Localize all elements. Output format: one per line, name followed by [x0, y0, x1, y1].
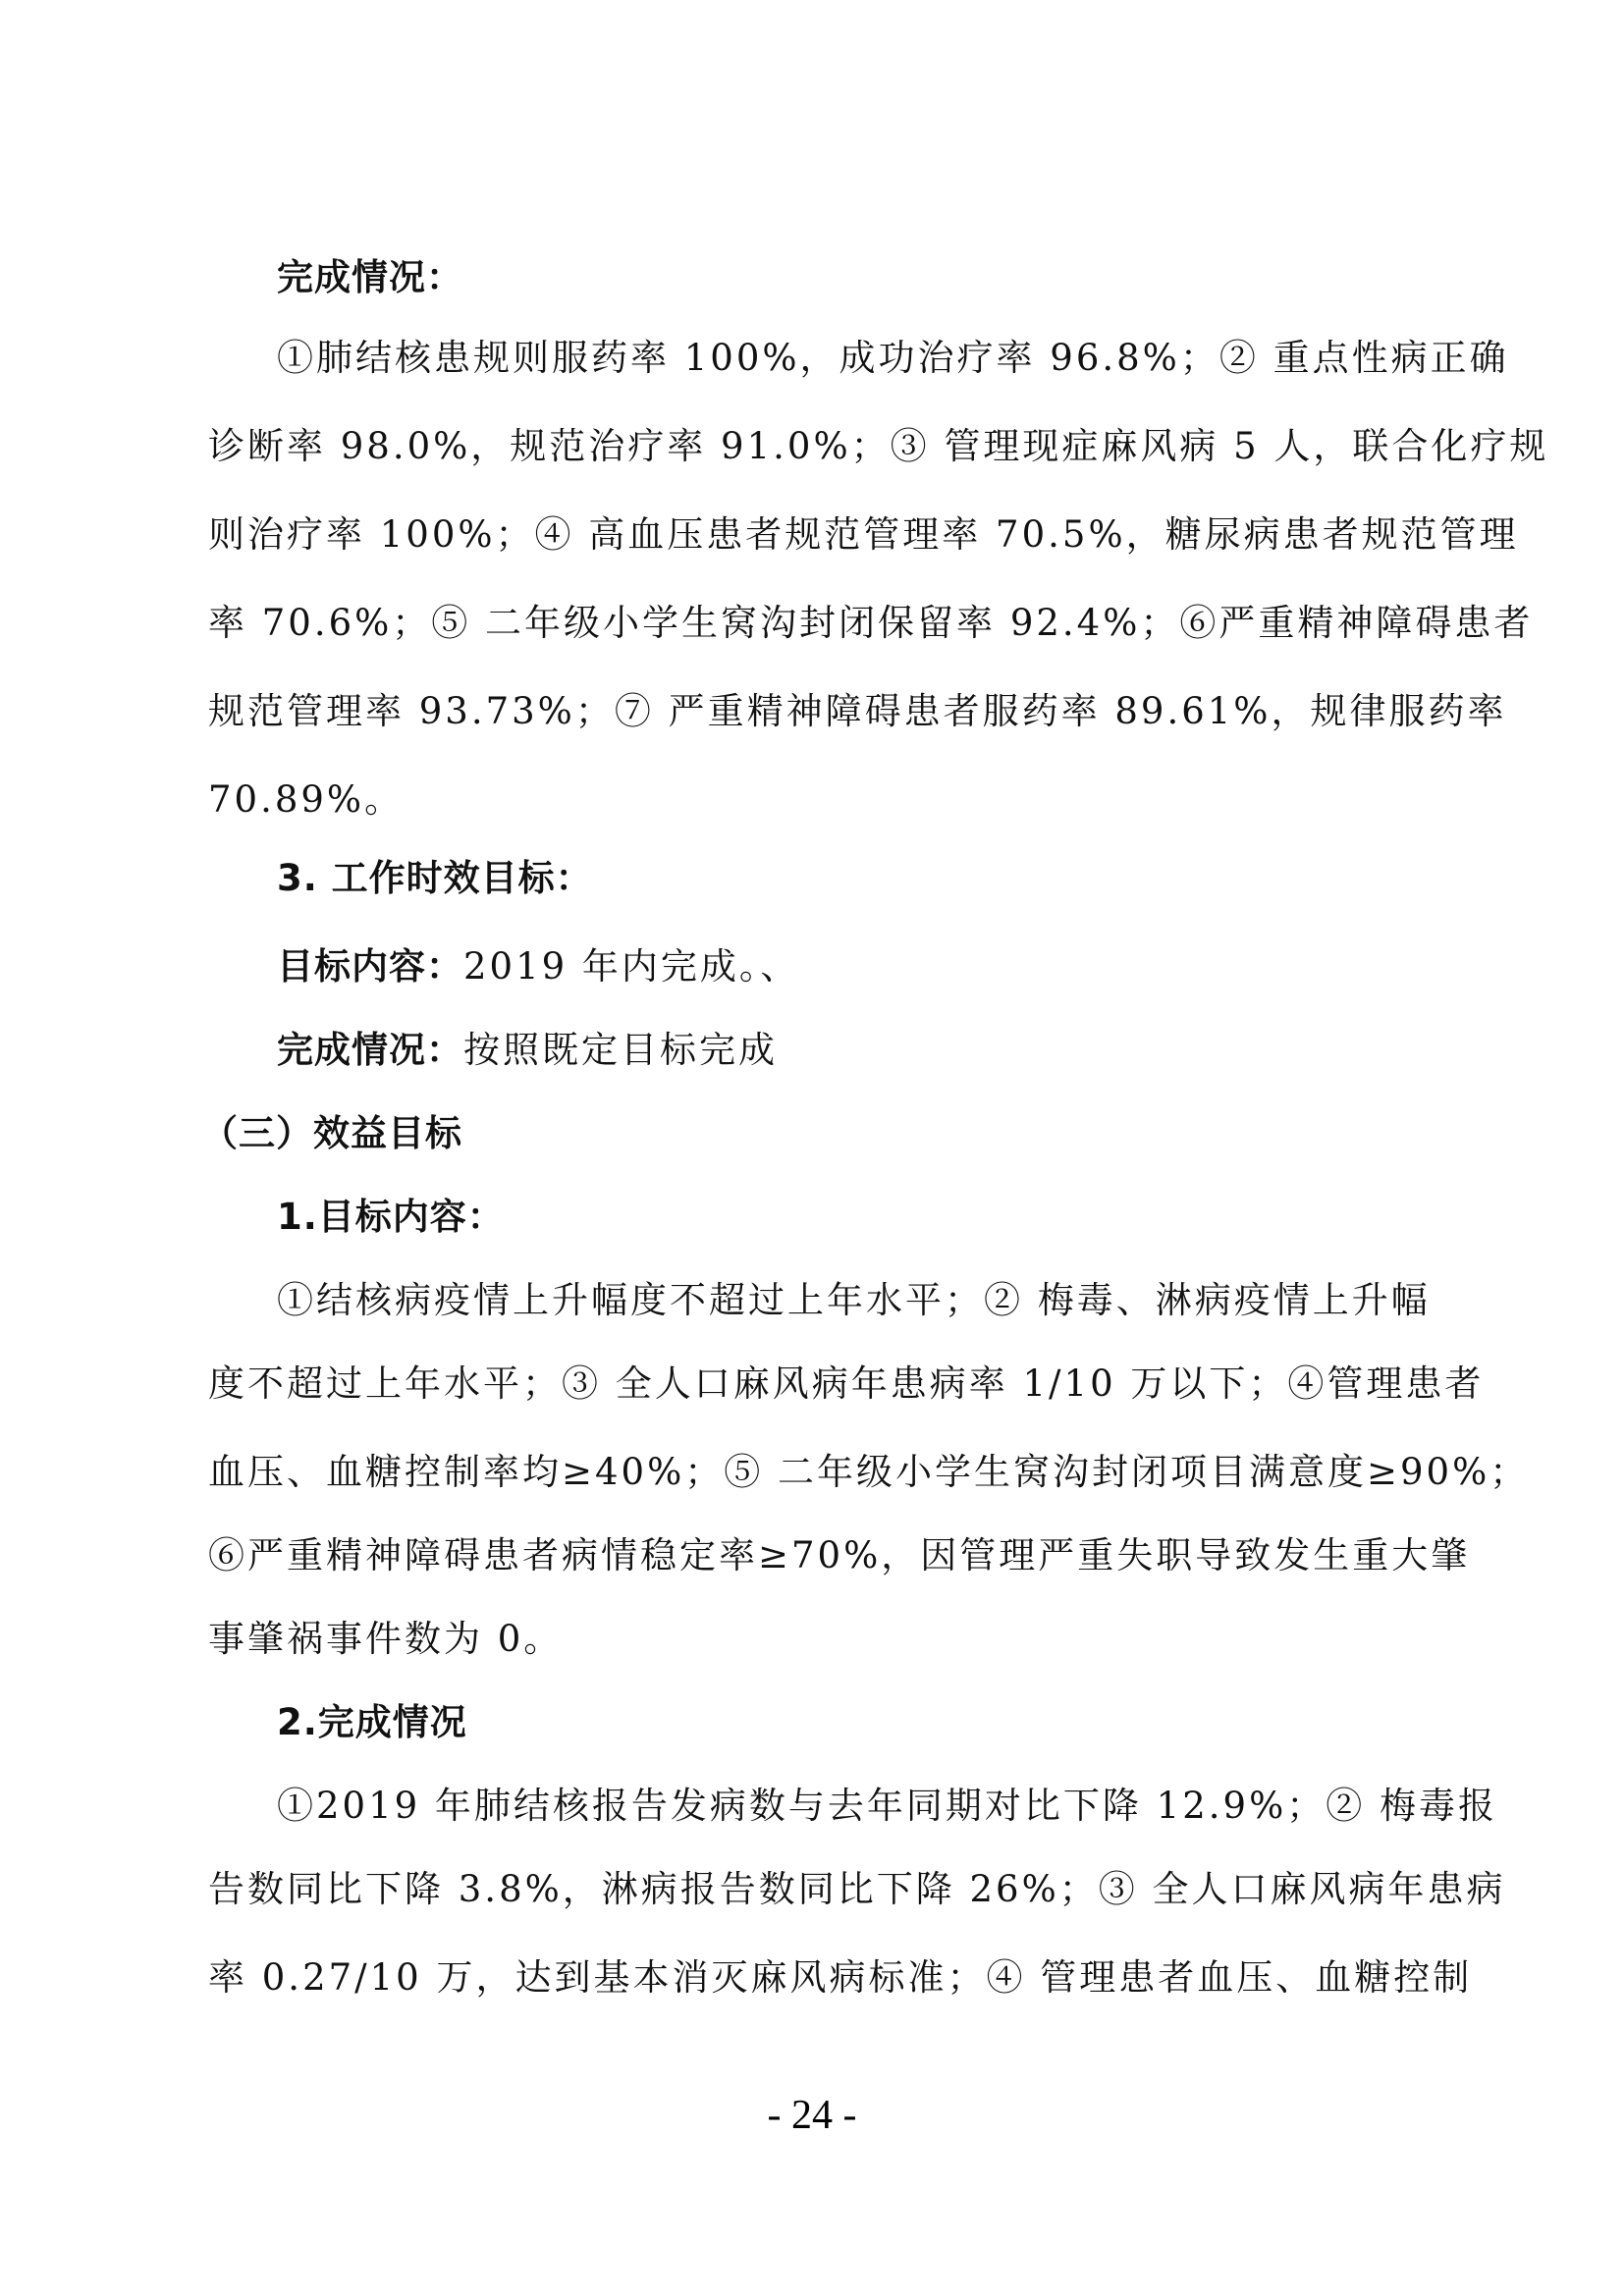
subsection-heading-target: 1.目标内容： [277, 1193, 1494, 1242]
target-content-value: 2019 年内完成。、 [463, 945, 799, 988]
paragraph-line: ①结核病疫情上升幅度不超过上年水平；② 梅毒、淋病疫情上升幅 [277, 1276, 1426, 1325]
paragraph-line: ⑥严重精神障碍患者病情稳定率≥70%，因管理严重失职导致发生重大肇 [208, 1531, 1426, 1580]
paragraph-line: 率 70.6%；⑤ 二年级小学生窝沟封闭保留率 92.4%；⑥严重精神障碍患者 [208, 599, 1426, 648]
section-heading-time-target: 3. 工作时效目标： [277, 854, 1494, 903]
target-content-label: 目标内容： [277, 945, 463, 988]
paragraph-line: 血压、血糖控制率均≥40%；⑤ 二年级小学生窝沟封闭项目满意度≥90%； [208, 1448, 1426, 1497]
paragraph-line: 则治疗率 100%；④ 高血压患者规范管理率 70.5%，糖尿病患者规范管理 [208, 510, 1426, 560]
completion-status-label: 完成情况： [277, 1029, 463, 1071]
section-heading-benefit: （三）效益目标 [201, 1109, 1419, 1158]
paragraph-line: 70.89%。 [208, 775, 1426, 825]
page-number: - 24 - [0, 2091, 1624, 2140]
completion-status-value: 按照既定目标完成 [463, 1029, 778, 1071]
completion-status-line: 完成情况：按照既定目标完成 [277, 1026, 1494, 1075]
completion-heading: 完成情况： [277, 253, 1494, 302]
subsection-heading-completion: 2.完成情况 [277, 1698, 1494, 1747]
paragraph-line: 诊断率 98.0%，规范治疗率 91.0%；③ 管理现症麻风病 5 人，联合化疗… [208, 422, 1426, 471]
paragraph-line: 规范管理率 93.73%；⑦ 严重精神障碍患者服药率 89.61%，规律服药率 [208, 687, 1426, 736]
paragraph-line: ①2019 年肺结核报告发病数与去年同期对比下降 12.9%；② 梅毒报 [277, 1782, 1426, 1831]
paragraph-line: 率 0.27/10 万，达到基本消灭麻风病标准；④ 管理患者血压、血糖控制 [208, 1953, 1426, 2002]
document-page: 完成情况： ①肺结核患规则服药率 100%，成功治疗率 96.8%；② 重点性病… [0, 0, 1624, 2296]
target-content-line: 目标内容：2019 年内完成。、 [277, 942, 1494, 991]
paragraph-line: 事肇祸事件数为 0。 [208, 1615, 1426, 1664]
paragraph-line: ①肺结核患规则服药率 100%，成功治疗率 96.8%；② 重点性病正确 [277, 334, 1426, 383]
paragraph-line: 度不超过上年水平；③ 全人口麻风病年患病率 1/10 万以下；④管理患者 [208, 1360, 1426, 1409]
paragraph-line: 告数同比下降 3.8%，淋病报告数同比下降 26%；③ 全人口麻风病年患病 [208, 1865, 1426, 1914]
